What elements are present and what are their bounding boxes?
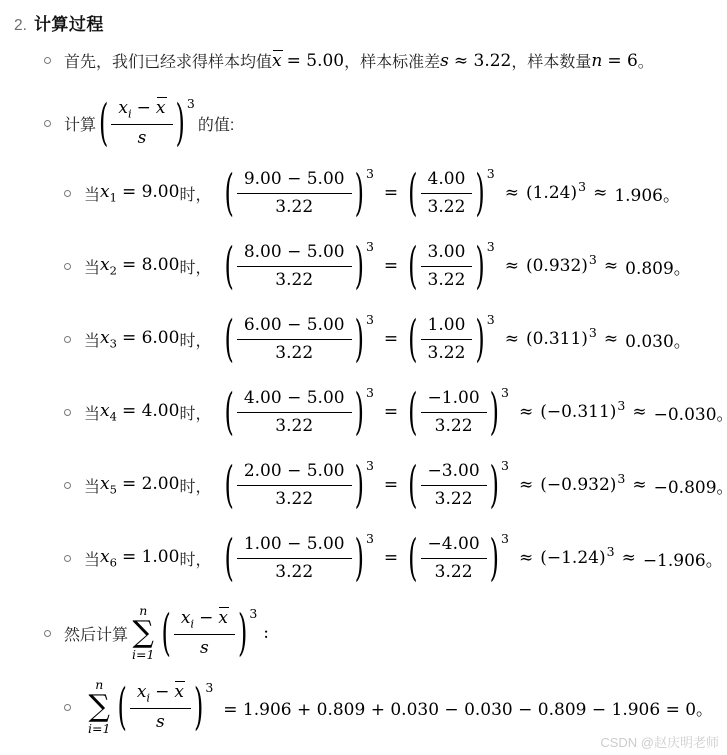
- xbar-symbol: x: [218, 608, 228, 628]
- approx-sign: ≈: [604, 256, 618, 276]
- equals-sign: =: [384, 256, 398, 276]
- fraction: 4.00 3.22: [421, 169, 473, 217]
- when-suffix: 时，: [179, 255, 211, 278]
- numerator: 4.00 − 5.00: [237, 388, 352, 412]
- right-paren: ): [355, 168, 364, 217]
- approx-sign: ≈: [632, 402, 646, 422]
- colon: :: [263, 623, 269, 643]
- bullet-icon: [44, 120, 51, 127]
- left-paren: (: [117, 682, 126, 731]
- row-result: 0.030。: [625, 327, 691, 352]
- left-paren: (: [408, 533, 417, 582]
- exponent: 3: [249, 606, 257, 621]
- sum-symbol: n ∑ i=1: [88, 679, 110, 736]
- denominator: 3.22: [421, 339, 473, 363]
- x-subscript: 5: [110, 482, 117, 496]
- left-paren: (: [99, 98, 108, 147]
- calc-row: 当 x1= 9.00 时， ( 9.00 − 5.00 3.22 ) 3 = (…: [64, 164, 727, 222]
- exponent: 3: [578, 179, 586, 194]
- intro-text-4: 。: [638, 49, 654, 72]
- row-result: −1.906。: [643, 546, 723, 571]
- n-symbol: n: [591, 51, 602, 71]
- right-paren: ): [176, 98, 185, 147]
- s-symbol: s: [440, 51, 449, 71]
- fraction: 1.00 3.22: [421, 315, 473, 363]
- exponent: 3: [589, 252, 597, 267]
- row-result: 0.809。: [625, 254, 691, 279]
- calc-intro-item: 计算 ( xi−x s ) 3 的值:: [44, 94, 727, 152]
- sigma-icon: ∑: [133, 618, 154, 648]
- denominator: 3.22: [237, 193, 352, 217]
- left-paren: (: [408, 460, 417, 509]
- equals-sign: =: [384, 329, 398, 349]
- exponent: 3: [366, 239, 374, 254]
- exponent: 3: [187, 96, 195, 111]
- when-prefix: 当: [84, 401, 100, 424]
- exponent: 3: [366, 531, 374, 546]
- section-heading: 计算过程: [34, 10, 104, 35]
- subscript-i: i: [146, 690, 150, 704]
- when-suffix: 时，: [179, 182, 211, 205]
- numerator: xi−x: [174, 608, 235, 634]
- cubed-base: (−0.311)3: [540, 402, 625, 422]
- right-paren: ): [475, 168, 484, 217]
- sum-symbol: n ∑ i=1: [132, 605, 154, 662]
- paren-group: ( 2.00 − 5.00 3.22 ) 3: [224, 456, 373, 514]
- exponent: 3: [589, 325, 597, 340]
- when-prefix: 当: [84, 255, 100, 278]
- right-paren: ): [355, 460, 364, 509]
- exponent: 3: [607, 544, 615, 559]
- exponent: 3: [501, 458, 509, 473]
- exponent: 3: [501, 531, 509, 546]
- denominator: 3.22: [421, 485, 487, 509]
- exponent: 3: [366, 385, 374, 400]
- denominator: 3.22: [237, 339, 352, 363]
- calc-rows: 当 x1= 9.00 时， ( 9.00 − 5.00 3.22 ) 3 = (…: [0, 164, 727, 587]
- left-paren: (: [224, 533, 233, 582]
- right-paren: ): [490, 533, 499, 582]
- denominator: 3.22: [237, 485, 352, 509]
- when-prefix: 当: [84, 474, 100, 497]
- exponent: 3: [487, 239, 495, 254]
- numerator: 8.00 − 5.00: [237, 242, 352, 266]
- sum-lower-limit: i=1: [88, 723, 110, 736]
- numerator: 3.00: [421, 242, 473, 266]
- denominator: 3.22: [421, 558, 487, 582]
- left-paren: (: [161, 608, 170, 657]
- approx-sign: ≈: [622, 548, 636, 568]
- approx-sign: ≈: [519, 402, 533, 422]
- numerator: 6.00 − 5.00: [237, 315, 352, 339]
- row-result: −0.030。: [654, 400, 727, 425]
- left-paren: (: [224, 168, 233, 217]
- intro-text-1: 首先，我们已经求得样本均值: [64, 49, 272, 72]
- numerator: −3.00: [421, 461, 487, 485]
- sum-intro-item: 然后计算 n ∑ i=1 ( xi−x s ) 3 :: [44, 602, 727, 664]
- fraction: −3.00 3.22: [421, 461, 487, 509]
- numerator: −4.00: [421, 534, 487, 558]
- minus-sign: −: [199, 608, 213, 628]
- sum-intro-prefix: 然后计算: [64, 622, 128, 645]
- numerator: xi−x: [111, 98, 172, 124]
- paren-group: ( xi−x s ) 3: [99, 94, 195, 152]
- sum-result-item: n ∑ i=1 ( xi−x s ) 3 = 1.906 + 0.809 + 0…: [64, 678, 727, 736]
- bullet-icon: [64, 190, 71, 197]
- cubed-base: (−1.24)3: [540, 548, 614, 568]
- paren-group: ( 4.00 − 5.00 3.22 ) 3: [224, 383, 373, 441]
- left-paren: (: [224, 314, 233, 363]
- x-assignment: x4= 4.00: [100, 401, 179, 423]
- cubed-base: (1.24)3: [526, 183, 586, 203]
- right-paren: ): [475, 314, 484, 363]
- left-paren: (: [408, 168, 417, 217]
- x-value: = 9.00: [122, 182, 180, 202]
- fraction: −4.00 3.22: [421, 534, 487, 582]
- when-prefix: 当: [84, 547, 100, 570]
- paren-group: ( −1.00 3.22 ) 3: [408, 383, 509, 441]
- equals-sign: =: [384, 475, 398, 495]
- intro-item: 首先，我们已经求得样本均值x= 5.00，样本标准差s≈ 3.22，样本数量n=…: [44, 49, 727, 72]
- x-assignment: x5= 2.00: [100, 474, 179, 496]
- bullet-icon: [64, 555, 71, 562]
- bullet-icon: [64, 263, 71, 270]
- exponent: 3: [366, 166, 374, 181]
- fraction: 1.00 − 5.00 3.22: [237, 534, 352, 582]
- approx-sign: ≈: [519, 548, 533, 568]
- denominator: 3.22: [237, 266, 352, 290]
- right-paren: ): [490, 387, 499, 436]
- minus-sign: −: [137, 98, 151, 118]
- left-paren: (: [224, 241, 233, 290]
- count-value: n= 6: [591, 51, 637, 71]
- left-paren: (: [408, 387, 417, 436]
- fraction: 2.00 − 5.00 3.22: [237, 461, 352, 509]
- calc-row: 当 x2= 8.00 时， ( 8.00 − 5.00 3.22 ) 3 = (…: [64, 237, 727, 295]
- left-paren: (: [224, 460, 233, 509]
- cubed-base: (−0.932)3: [540, 475, 625, 495]
- paren-group: ( 6.00 − 5.00 3.22 ) 3: [224, 310, 373, 368]
- right-paren: ): [355, 241, 364, 290]
- subscript-i: i: [128, 106, 132, 120]
- denominator: 3.22: [237, 412, 352, 436]
- approx-sign: ≈: [505, 329, 519, 349]
- when-prefix: 当: [84, 182, 100, 205]
- mean-value: x= 5.00: [272, 51, 344, 71]
- numerator: 1.00: [421, 315, 473, 339]
- x-assignment: x3= 6.00: [100, 328, 179, 350]
- denominator: s: [174, 634, 235, 658]
- when-prefix: 当: [84, 328, 100, 351]
- article-page: 2. 计算过程 首先，我们已经求得样本均值x= 5.00，样本标准差s≈ 3.2…: [0, 0, 727, 755]
- calc-intro-prefix: 计算: [64, 112, 96, 135]
- paren-group: ( −4.00 3.22 ) 3: [408, 529, 509, 587]
- right-paren: ): [355, 314, 364, 363]
- x-subscript: 3: [110, 336, 117, 350]
- x-assignment: x2= 8.00: [100, 255, 179, 277]
- equals-sign: =: [384, 548, 398, 568]
- bullet-icon: [64, 704, 71, 711]
- xbar-symbol: x: [272, 51, 282, 71]
- paren-group: ( 1.00 − 5.00 3.22 ) 3: [224, 529, 373, 587]
- denominator: 3.22: [421, 266, 473, 290]
- row-result: −0.809。: [654, 473, 727, 498]
- denominator: s: [130, 708, 191, 732]
- left-paren: (: [224, 387, 233, 436]
- x-assignment: x6= 1.00: [100, 547, 179, 569]
- paren-group: ( xi−x s ) 3: [117, 678, 213, 736]
- xbar-symbol: x: [174, 682, 184, 702]
- section-heading-row: 2. 计算过程: [14, 10, 727, 35]
- left-paren: (: [408, 241, 417, 290]
- std-value: s≈ 3.22: [440, 51, 511, 71]
- bullet-icon: [64, 409, 71, 416]
- sum-lower-limit: i=1: [132, 649, 154, 662]
- x-value: = 8.00: [122, 255, 180, 275]
- right-paren: ): [490, 460, 499, 509]
- fraction: xi−x s: [111, 98, 172, 148]
- paren-group: ( −3.00 3.22 ) 3: [408, 456, 509, 514]
- row-result: 1.906。: [614, 181, 680, 206]
- sigma-icon: ∑: [89, 692, 110, 722]
- calc-row: 当 x4= 4.00 时， ( 4.00 − 5.00 3.22 ) 3 = (…: [64, 383, 727, 441]
- bullet-icon: [64, 336, 71, 343]
- numerator: xi−x: [130, 682, 191, 708]
- minus-sign: −: [155, 682, 169, 702]
- denominator: s: [111, 124, 172, 148]
- x-value: = 2.00: [122, 474, 180, 494]
- exponent: 3: [617, 398, 625, 413]
- bullet-icon: [44, 57, 51, 64]
- left-paren: (: [408, 314, 417, 363]
- approx-sign: ≈: [604, 329, 618, 349]
- right-paren: ): [355, 533, 364, 582]
- approx-sign: ≈: [632, 475, 646, 495]
- intro-text-3: ，样本数量: [511, 49, 591, 72]
- equals-sign: =: [384, 183, 398, 203]
- exponent: 3: [487, 312, 495, 327]
- numerator: −1.00: [421, 388, 487, 412]
- calc-intro-suffix: 的值:: [198, 112, 234, 135]
- paren-group: ( 9.00 − 5.00 3.22 ) 3: [224, 164, 373, 222]
- paren-group: ( 3.00 3.22 ) 3: [408, 237, 495, 295]
- when-suffix: 时，: [179, 401, 211, 424]
- exponent: 3: [205, 680, 213, 695]
- denominator: 3.22: [237, 558, 352, 582]
- approx-sign: ≈: [505, 256, 519, 276]
- right-paren: ): [238, 608, 247, 657]
- when-suffix: 时，: [179, 328, 211, 351]
- fraction: 6.00 − 5.00 3.22: [237, 315, 352, 363]
- x-value: = 6.00: [122, 328, 180, 348]
- intro-text-2: ，样本标准差: [344, 49, 440, 72]
- x-value: = 4.00: [122, 401, 180, 421]
- paren-group: ( 4.00 3.22 ) 3: [408, 164, 495, 222]
- right-paren: ): [194, 682, 203, 731]
- paren-group: ( 8.00 − 5.00 3.22 ) 3: [224, 237, 373, 295]
- approx-sign: ≈: [505, 183, 519, 203]
- fraction: 9.00 − 5.00 3.22: [237, 169, 352, 217]
- approx-sign: ≈: [593, 183, 607, 203]
- csdn-watermark: CSDN @赵庆明老师: [600, 732, 719, 751]
- bullet-icon: [64, 482, 71, 489]
- fraction: xi−x s: [174, 608, 235, 658]
- x-subscript: 6: [110, 555, 117, 569]
- exponent: 3: [617, 471, 625, 486]
- fraction: xi−x s: [130, 682, 191, 732]
- exponent: 3: [487, 166, 495, 181]
- denominator: 3.22: [421, 193, 473, 217]
- x-subscript: 4: [110, 409, 117, 423]
- exponent: 3: [501, 385, 509, 400]
- subscript-i: i: [190, 616, 194, 630]
- when-suffix: 时，: [179, 474, 211, 497]
- fraction: −1.00 3.22: [421, 388, 487, 436]
- fraction: 8.00 − 5.00 3.22: [237, 242, 352, 290]
- cubed-base: (0.932)3: [526, 256, 597, 276]
- approx-sign: ≈: [519, 475, 533, 495]
- x-assignment: x1= 9.00: [100, 182, 179, 204]
- numerator: 2.00 − 5.00: [237, 461, 352, 485]
- bullet-icon: [44, 630, 51, 637]
- numerator: 1.00 − 5.00: [237, 534, 352, 558]
- equals-sign: =: [384, 402, 398, 422]
- paren-group: ( xi−x s ) 3: [161, 604, 257, 662]
- paren-group: ( 1.00 3.22 ) 3: [408, 310, 495, 368]
- x-subscript: 1: [110, 190, 117, 204]
- numerator: 9.00 − 5.00: [237, 169, 352, 193]
- right-paren: ): [475, 241, 484, 290]
- denominator: 3.22: [421, 412, 487, 436]
- fraction: 4.00 − 5.00 3.22: [237, 388, 352, 436]
- calc-row: 当 x3= 6.00 时， ( 6.00 − 5.00 3.22 ) 3 = (…: [64, 310, 727, 368]
- right-paren: ): [355, 387, 364, 436]
- x-subscript: 2: [110, 263, 117, 277]
- calc-row: 当 x5= 2.00 时， ( 2.00 − 5.00 3.22 ) 3 = (…: [64, 456, 727, 514]
- x-value: = 1.00: [122, 547, 180, 567]
- calc-row: 当 x6= 1.00 时， ( 1.00 − 5.00 3.22 ) 3 = (…: [64, 529, 727, 587]
- exponent: 3: [366, 312, 374, 327]
- numerator: 4.00: [421, 169, 473, 193]
- sum-result-expression: = 1.906 + 0.809 + 0.030 − 0.030 − 0.809 …: [223, 695, 713, 720]
- exponent: 3: [366, 458, 374, 473]
- when-suffix: 时，: [179, 547, 211, 570]
- cubed-base: (0.311)3: [526, 329, 597, 349]
- fraction: 3.00 3.22: [421, 242, 473, 290]
- list-number: 2.: [14, 17, 27, 35]
- xbar-symbol: x: [156, 98, 166, 118]
